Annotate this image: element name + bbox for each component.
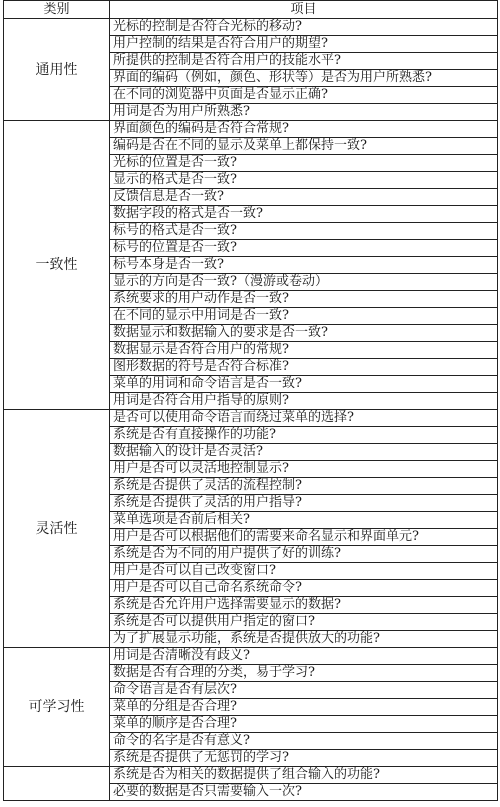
table-row: 灵活性是否可以使用命令语言而绕过菜单的选择? xyxy=(4,410,498,427)
item-cell: 数据显示和数据输入的要求是否一致? xyxy=(110,325,498,342)
item-cell: 编码是否在不同的显示及菜单上都保持一致? xyxy=(110,138,498,155)
item-cell: 数据是否有合理的分类，易于学习? xyxy=(110,665,498,682)
item-cell: 菜单的用词和命令语言是否一致? xyxy=(110,376,498,393)
item-cell: 用户是否可以自己改变窗口? xyxy=(110,563,498,580)
item-cell: 系统是否为不同的用户提供了好的训练? xyxy=(110,546,498,563)
item-cell: 反馈信息是否一致? xyxy=(110,189,498,206)
item-cell: 系统是否提供了灵活的流程控制? xyxy=(110,478,498,495)
item-cell: 用词是否符合用户指导的原则? xyxy=(110,393,498,410)
category-cell xyxy=(4,767,110,801)
header-item: 项目 xyxy=(110,1,498,19)
item-cell: 显示的方向是否一致?（漫游或卷动） xyxy=(110,274,498,291)
item-cell: 用户控制的结果是否符合用户的期望? xyxy=(110,36,498,53)
item-cell: 界面的编码（例如，颜色、形状等）是否为用户所熟悉? xyxy=(110,70,498,87)
item-cell: 用词是否为用户所熟悉? xyxy=(110,104,498,121)
item-cell: 用词是否清晰没有歧义? xyxy=(110,648,498,665)
item-cell: 用户是否可以自己命名系统命令? xyxy=(110,580,498,597)
item-cell: 系统是否有直接操作的功能? xyxy=(110,427,498,444)
item-cell: 是否可以使用命令语言而绕过菜单的选择? xyxy=(110,410,498,427)
item-cell: 系统是否可以提供用户指定的窗口? xyxy=(110,614,498,631)
table-row: 可学习性用词是否清晰没有歧义? xyxy=(4,648,498,665)
item-cell: 数据输入的设计是否灵活? xyxy=(110,444,498,461)
usability-checklist-table: 类别 项目 通用性光标的控制是否符合光标的移动?用户控制的结果是否符合用户的期望… xyxy=(3,0,498,801)
item-cell: 用户是否可以根据他们的需要来命名显示和界面单元? xyxy=(110,529,498,546)
item-cell: 菜单的分组是否合理? xyxy=(110,699,498,716)
item-cell: 系统要求的用户动作是否一致? xyxy=(110,291,498,308)
item-cell: 标号的位置是否一致? xyxy=(110,240,498,257)
item-cell: 显示的格式是否一致? xyxy=(110,172,498,189)
table-row: 通用性光标的控制是否符合光标的移动? xyxy=(4,19,498,36)
item-cell: 系统是否允许用户选择需要显示的数据? xyxy=(110,597,498,614)
item-cell: 命令的名字是否有意义? xyxy=(110,733,498,750)
item-cell: 系统是否提供了灵活的用户指导? xyxy=(110,495,498,512)
item-cell: 标号本身是否一致? xyxy=(110,257,498,274)
item-cell: 在不同的浏览器中页面是否显示正确? xyxy=(110,87,498,104)
item-cell: 数据显示是否符合用户的常规? xyxy=(110,342,498,359)
item-cell: 为了扩展显示功能，系统是否提供放大的功能? xyxy=(110,631,498,648)
item-cell: 系统是否提供了无惩罚的学习? xyxy=(110,750,498,767)
item-cell: 光标的位置是否一致? xyxy=(110,155,498,172)
table-row: 系统是否为相关的数据提供了组合输入的功能? xyxy=(4,767,498,784)
category-cell: 通用性 xyxy=(4,19,110,121)
checklist-sheet: 类别 项目 通用性光标的控制是否符合光标的移动?用户控制的结果是否符合用户的期望… xyxy=(3,0,497,801)
item-cell: 数据字段的格式是否一致? xyxy=(110,206,498,223)
table-row: 一致性界面颜色的编码是否符合常规? xyxy=(4,121,498,138)
item-cell: 标号的格式是否一致? xyxy=(110,223,498,240)
item-cell: 光标的控制是否符合光标的移动? xyxy=(110,19,498,36)
item-cell: 必要的数据是否只需要输入一次? xyxy=(110,784,498,801)
item-cell: 系统是否为相关的数据提供了组合输入的功能? xyxy=(110,767,498,784)
item-cell: 命令语言是否有层次? xyxy=(110,682,498,699)
item-cell: 在不同的显示中用词是否一致? xyxy=(110,308,498,325)
header-row: 类别 项目 xyxy=(4,1,498,19)
table-body: 通用性光标的控制是否符合光标的移动?用户控制的结果是否符合用户的期望?所提供的控… xyxy=(4,19,498,801)
category-cell: 一致性 xyxy=(4,121,110,410)
item-cell: 菜单选项是否前后相关? xyxy=(110,512,498,529)
category-cell: 灵活性 xyxy=(4,410,110,648)
header-category: 类别 xyxy=(4,1,110,19)
item-cell: 菜单的顺序是否合理? xyxy=(110,716,498,733)
item-cell: 用户是否可以灵活地控制显示? xyxy=(110,461,498,478)
item-cell: 所提供的控制是否符合用户的技能水平? xyxy=(110,53,498,70)
item-cell: 界面颜色的编码是否符合常规? xyxy=(110,121,498,138)
item-cell: 图形数据的符号是否符合标准? xyxy=(110,359,498,376)
category-cell: 可学习性 xyxy=(4,648,110,767)
